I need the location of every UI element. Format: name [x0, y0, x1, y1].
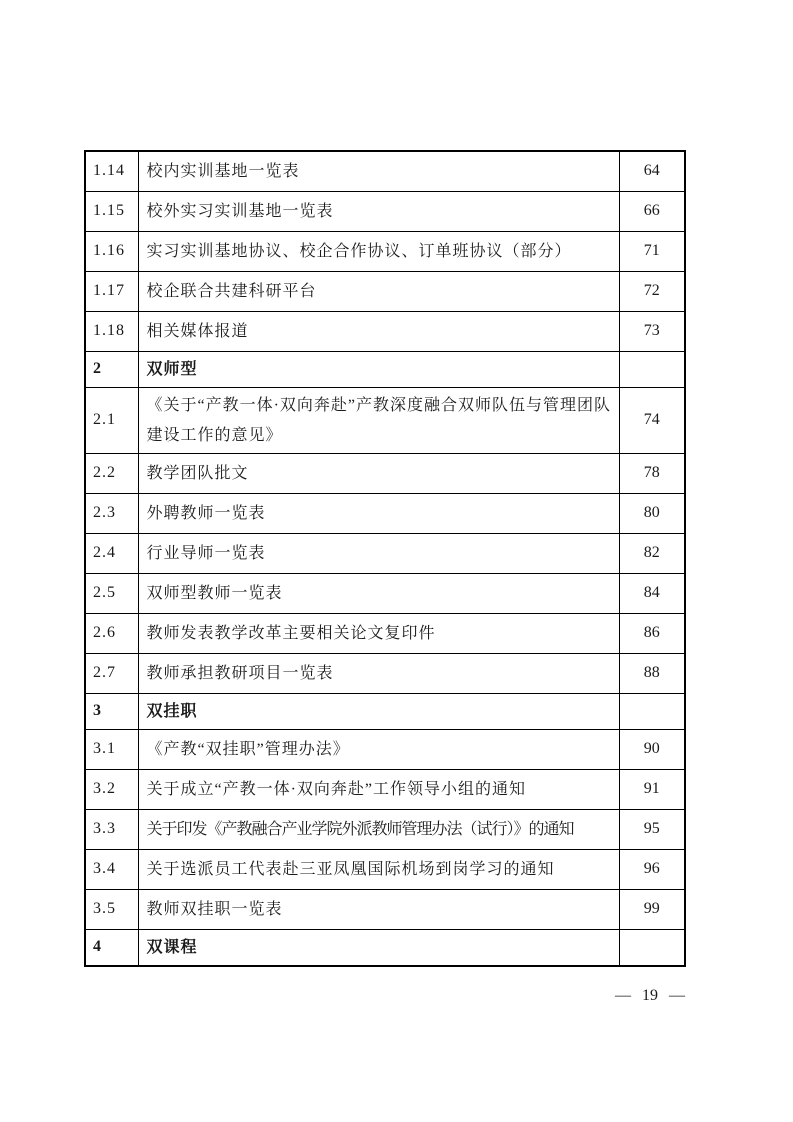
toc-item-row: 1.18相关媒体报道73 [85, 311, 685, 351]
row-title: 行业导师一览表 [138, 533, 619, 573]
toc-item-row: 2.2教学团队批文78 [85, 453, 685, 493]
row-title: 《产教“双挂职”管理办法》 [138, 729, 619, 769]
row-page-number [619, 351, 685, 387]
toc-item-row: 2.3外聘教师一览表80 [85, 493, 685, 533]
toc-table: 1.14校内实训基地一览表641.15校外实习实训基地一览表661.16实习实训… [84, 150, 686, 967]
toc-table-body: 1.14校内实训基地一览表641.15校外实习实训基地一览表661.16实习实训… [85, 151, 685, 966]
row-number: 1.18 [85, 311, 138, 351]
row-title: 教师承担教研项目一览表 [138, 653, 619, 693]
row-number: 2.2 [85, 453, 138, 493]
row-page-number: 73 [619, 311, 685, 351]
row-title: 教师发表教学改革主要相关论文复印件 [138, 613, 619, 653]
row-number: 3.2 [85, 769, 138, 809]
row-title: 双课程 [138, 929, 619, 966]
row-title: 双师型教师一览表 [138, 573, 619, 613]
row-title: 教学团队批文 [138, 453, 619, 493]
row-number: 3.5 [85, 889, 138, 929]
row-number: 2 [85, 351, 138, 387]
row-title: 双挂职 [138, 693, 619, 729]
row-page-number: 84 [619, 573, 685, 613]
row-title: 关于选派员工代表赴三亚凤凰国际机场到岗学习的通知 [138, 849, 619, 889]
row-number: 1.17 [85, 271, 138, 311]
toc-item-row: 1.16实习实训基地协议、校企合作协议、订单班协议（部分）71 [85, 231, 685, 271]
row-number: 2.6 [85, 613, 138, 653]
toc-item-row: 3.5教师双挂职一览表99 [85, 889, 685, 929]
toc-item-row: 2.5双师型教师一览表84 [85, 573, 685, 613]
row-page-number: 86 [619, 613, 685, 653]
document-page: 1.14校内实训基地一览表641.15校外实习实训基地一览表661.16实习实训… [0, 0, 793, 1122]
row-number: 2.5 [85, 573, 138, 613]
toc-item-row: 2.6教师发表教学改革主要相关论文复印件86 [85, 613, 685, 653]
row-page-number [619, 693, 685, 729]
page-footer-number: — 19 — [600, 987, 700, 1005]
row-number: 3.4 [85, 849, 138, 889]
row-number: 3.3 [85, 809, 138, 849]
row-page-number: 78 [619, 453, 685, 493]
row-title: 校外实习实训基地一览表 [138, 191, 619, 231]
row-number: 2.3 [85, 493, 138, 533]
toc-item-row: 2.7教师承担教研项目一览表88 [85, 653, 685, 693]
row-title: 关于印发《产教融合产业学院外派教师管理办法（试行）》的通知 [138, 809, 619, 849]
row-title: 实习实训基地协议、校企合作协议、订单班协议（部分） [138, 231, 619, 271]
row-number: 2.4 [85, 533, 138, 573]
row-title: 相关媒体报道 [138, 311, 619, 351]
row-page-number: 71 [619, 231, 685, 271]
toc-item-row: 1.17校企联合共建科研平台72 [85, 271, 685, 311]
toc-item-row: 2.4行业导师一览表82 [85, 533, 685, 573]
toc-section-row: 3双挂职 [85, 693, 685, 729]
row-page-number: 82 [619, 533, 685, 573]
row-page-number: 90 [619, 729, 685, 769]
toc-item-row: 3.3关于印发《产教融合产业学院外派教师管理办法（试行）》的通知95 [85, 809, 685, 849]
row-page-number: 80 [619, 493, 685, 533]
toc-item-row: 3.2关于成立“产教一体·双向奔赴”工作领导小组的通知91 [85, 769, 685, 809]
row-title: 《关于“产教一体·双向奔赴”产教深度融合双师队伍与管理团队建设工作的意见》 [138, 387, 619, 453]
row-page-number: 88 [619, 653, 685, 693]
toc-item-row: 1.14校内实训基地一览表64 [85, 151, 685, 191]
toc-item-row: 3.4关于选派员工代表赴三亚凤凰国际机场到岗学习的通知96 [85, 849, 685, 889]
row-page-number: 99 [619, 889, 685, 929]
row-number: 1.16 [85, 231, 138, 271]
toc-item-row: 1.15校外实习实训基地一览表66 [85, 191, 685, 231]
row-page-number: 74 [619, 387, 685, 453]
row-page-number: 66 [619, 191, 685, 231]
row-page-number: 72 [619, 271, 685, 311]
row-page-number [619, 929, 685, 966]
row-number: 4 [85, 929, 138, 966]
toc-item-row: 3.1《产教“双挂职”管理办法》90 [85, 729, 685, 769]
row-page-number: 96 [619, 849, 685, 889]
row-number: 2.1 [85, 387, 138, 453]
row-title: 校内实训基地一览表 [138, 151, 619, 191]
row-number: 1.15 [85, 191, 138, 231]
row-number: 3.1 [85, 729, 138, 769]
row-title: 双师型 [138, 351, 619, 387]
row-page-number: 64 [619, 151, 685, 191]
toc-item-row: 2.1《关于“产教一体·双向奔赴”产教深度融合双师队伍与管理团队建设工作的意见》… [85, 387, 685, 453]
row-number: 2.7 [85, 653, 138, 693]
toc-section-row: 4双课程 [85, 929, 685, 966]
row-title: 关于成立“产教一体·双向奔赴”工作领导小组的通知 [138, 769, 619, 809]
row-title: 教师双挂职一览表 [138, 889, 619, 929]
row-page-number: 91 [619, 769, 685, 809]
row-title: 校企联合共建科研平台 [138, 271, 619, 311]
row-number: 3 [85, 693, 138, 729]
toc-section-row: 2双师型 [85, 351, 685, 387]
row-title: 外聘教师一览表 [138, 493, 619, 533]
row-number: 1.14 [85, 151, 138, 191]
row-page-number: 95 [619, 809, 685, 849]
